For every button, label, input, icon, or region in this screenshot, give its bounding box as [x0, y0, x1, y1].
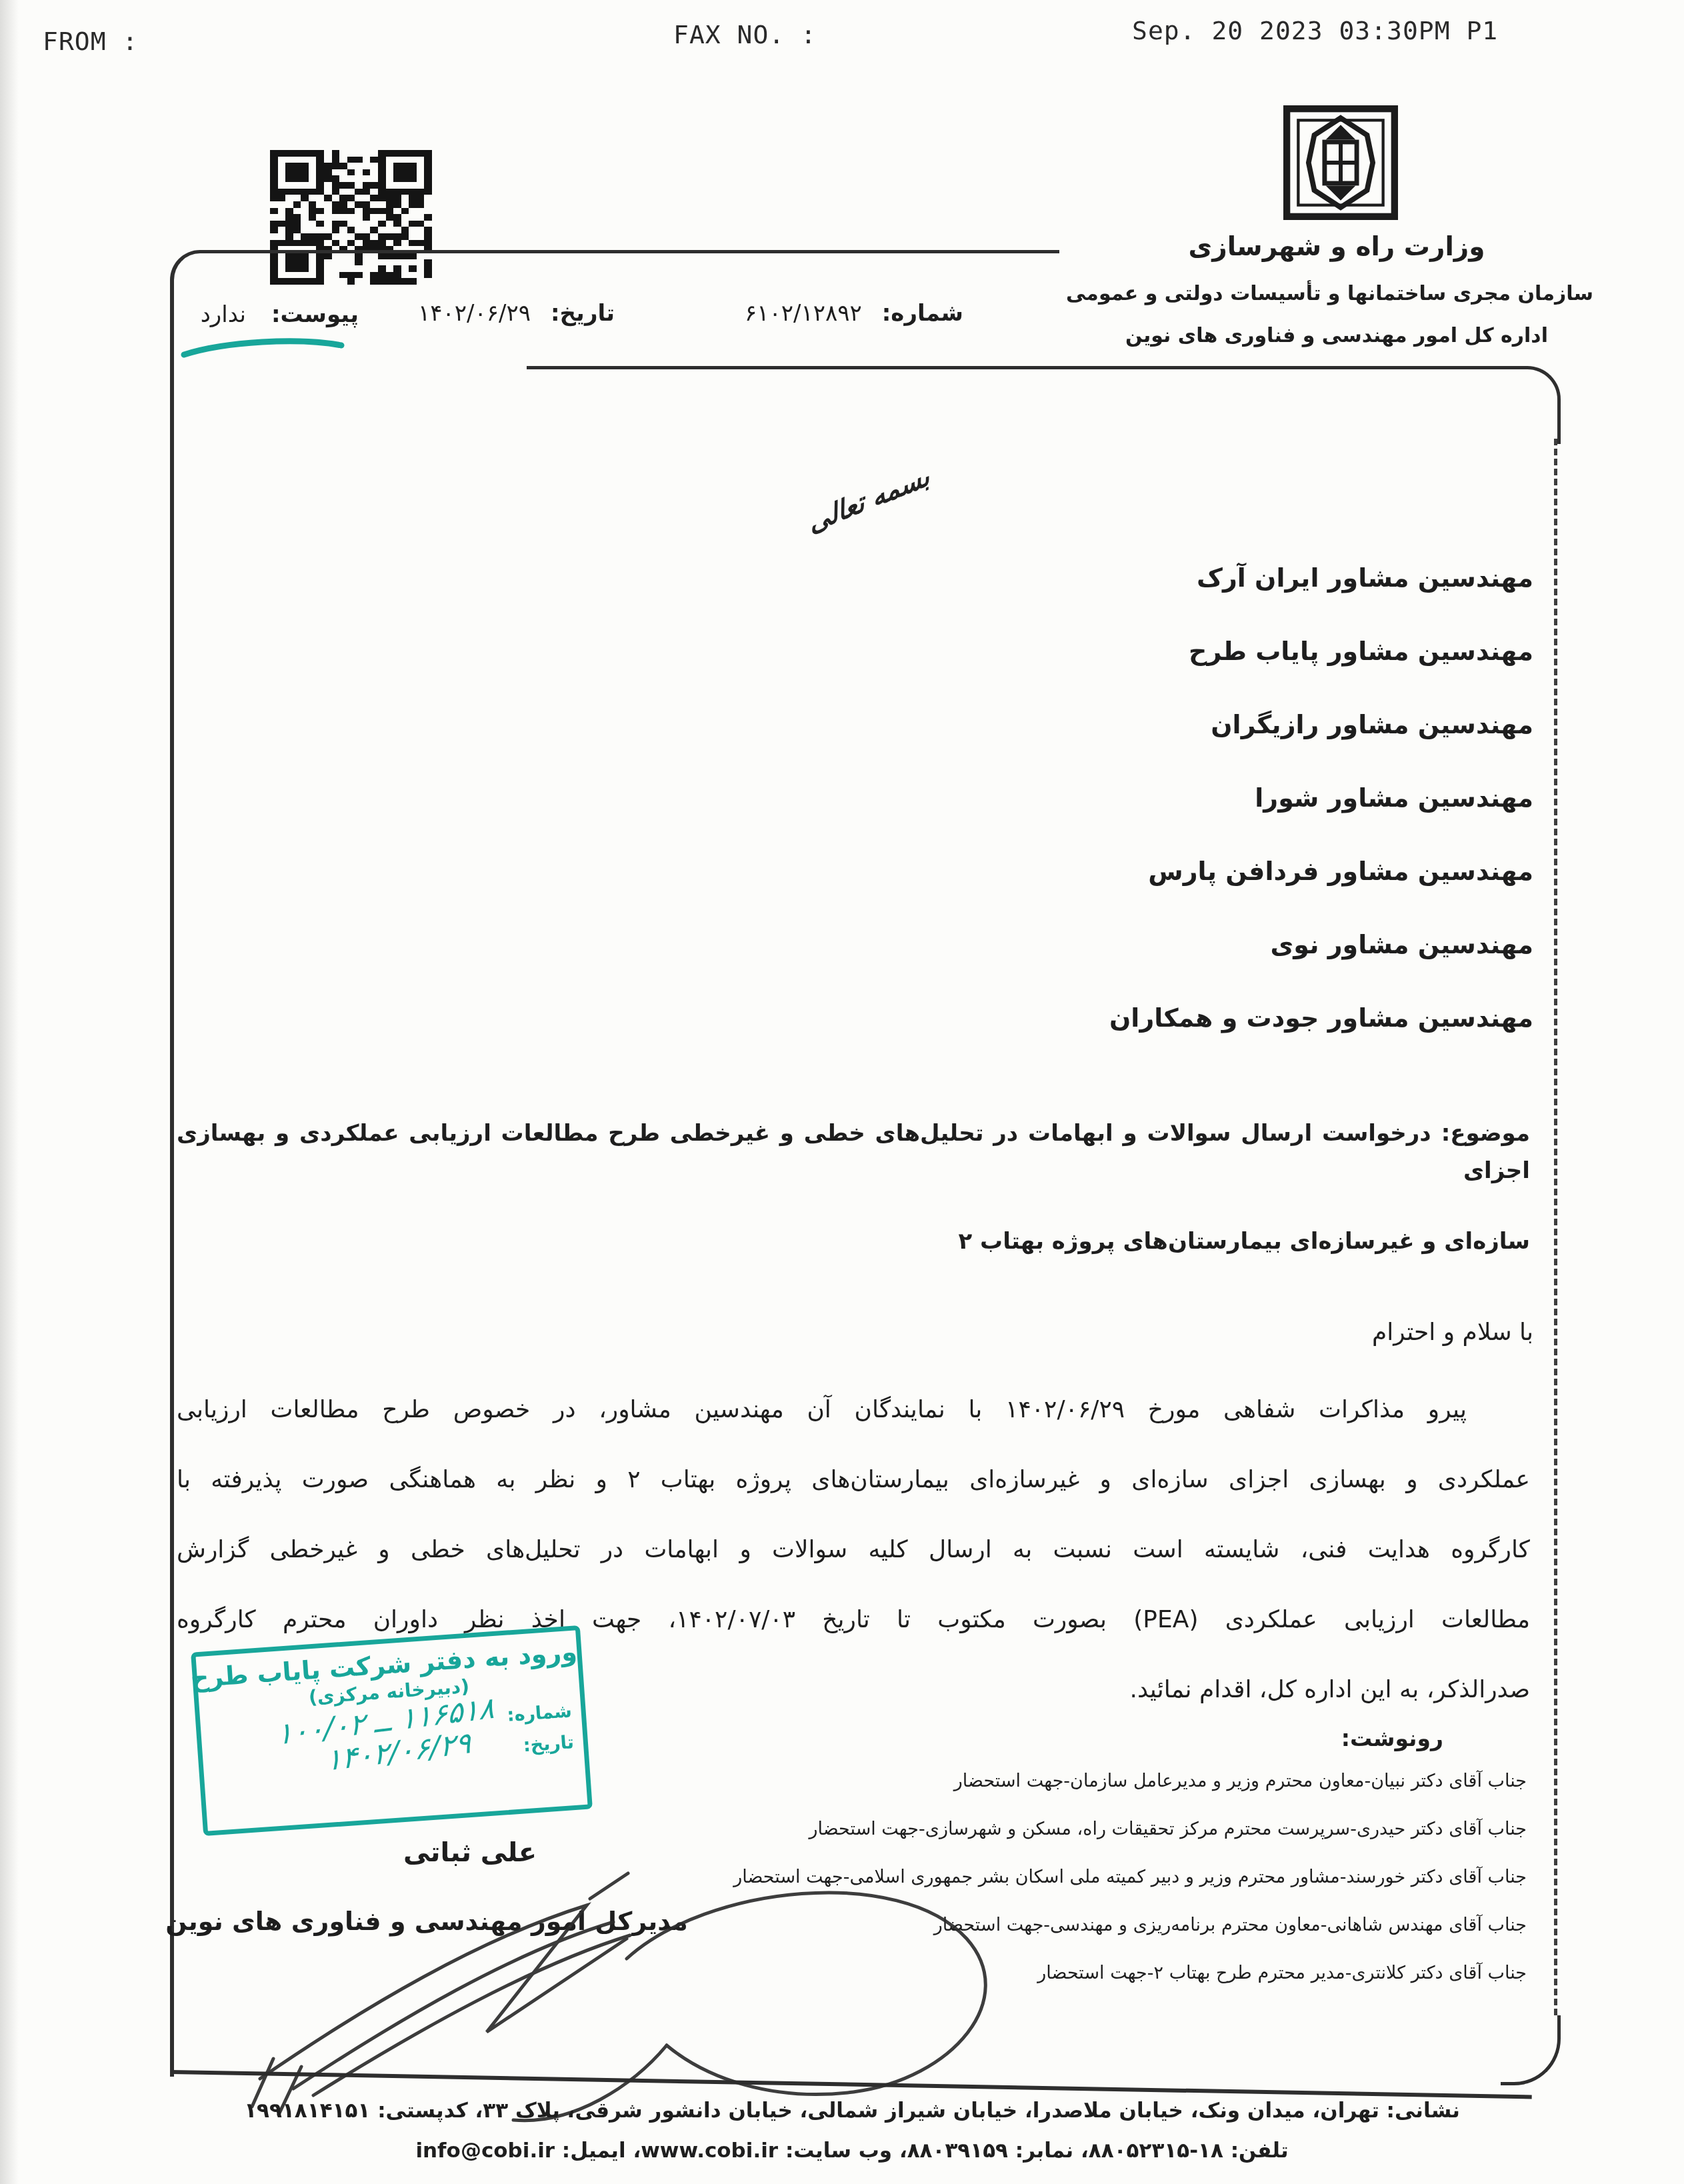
frame-right-border: [1554, 439, 1557, 2015]
ref-date: تاریخ: ۱۴۰۲/۰۶/۲۹: [395, 300, 615, 327]
recipient-line: مهندسین مشاور ایران آرک: [1109, 541, 1533, 615]
frame-bottom-right-corner: [1501, 2015, 1561, 2085]
footer-contact: تلفن: ۱۸-۸۸۰۵۲۳۱۵، نمابر: ۸۸۰۳۹۱۵۹، وب س…: [189, 2139, 1515, 2163]
stamp-number-label: شماره:: [506, 1691, 573, 1726]
cc-label: رونوشت:: [1341, 1725, 1443, 1751]
subject-line-2: سازه‌ای و غیرسازه‌ای بیمارستان‌های پروژه…: [177, 1228, 1530, 1255]
body-line: پیرو مذاکرات شفاهی مورخ ۱۴۰۲/۰۶/۲۹ با نم…: [177, 1375, 1530, 1445]
ref-attachment-value: ندارد: [201, 301, 246, 328]
recipient-line: مهندسین مشاور رازیگران: [1109, 688, 1533, 761]
cc-line: جناب آقای دکتر نبیان-معاون محترم وزیر و …: [733, 1757, 1527, 1805]
fax-document-page: FROM : FAX NO. : Sep. 20 2023 03:30PM P1…: [0, 0, 1684, 2184]
ministry-logo-icon: [1283, 105, 1398, 220]
cc-line: جناب آقای دکتر حیدری-سرپرست محترم مرکز ت…: [733, 1805, 1527, 1853]
letterhead: وزارت راه و شهرسازی سازمان مجری ساختمانه…: [1080, 232, 1593, 347]
ref-number: شماره: ۶۱۰۲/۱۲۸۹۲: [600, 300, 963, 327]
recipient-line: مهندسین مشاور شورا: [1109, 761, 1533, 835]
fax-from-label: FROM :: [43, 27, 138, 56]
body-line: عملکردی و بهسازی اجزای سازه‌ای و غیرسازه…: [177, 1445, 1530, 1515]
letterhead-ministry: وزارت راه و شهرسازی: [1080, 232, 1593, 262]
fax-timestamp: Sep. 20 2023 03:30PM P1: [1132, 16, 1498, 45]
recipient-line: مهندسین مشاور پایاب طرح: [1109, 615, 1533, 688]
ref-number-label: شماره:: [882, 300, 963, 327]
letterhead-organization: سازمان مجری ساختمانها و تأسیسات دولتی و …: [1080, 282, 1593, 305]
ref-date-value: ۱۴۰۲/۰۶/۲۹: [418, 300, 531, 327]
letterhead-department: اداره کل امور مهندسی و فناوری های نوین: [1080, 324, 1593, 347]
recipient-line: مهندسین مشاور جودت و همکاران: [1109, 981, 1533, 1055]
fax-number-label: FAX NO. :: [673, 20, 817, 49]
body-line: کارگروه هدایت فنی، شایسته است نسبت به ار…: [177, 1515, 1530, 1585]
recipient-line: مهندسین مشاور فردافن پارس: [1109, 835, 1533, 908]
recipient-list: مهندسین مشاور ایران آرک مهندسین مشاور پا…: [1109, 541, 1533, 1055]
ref-date-label: تاریخ:: [551, 300, 615, 327]
subject-line-1: موضوع: درخواست ارسال سوالات و ابهامات در…: [177, 1115, 1530, 1189]
ref-attachment-label: پیوست:: [271, 301, 359, 328]
letterhead-underline: [527, 366, 1561, 444]
ref-attachment: پیوست: ندارد: [185, 301, 359, 328]
footer-address: نشانی: تهران، میدان ونک، خیابان ملاصدرا،…: [189, 2099, 1515, 2123]
subject-block: موضوع: درخواست ارسال سوالات و ابهامات در…: [177, 1115, 1530, 1255]
salutation: با سلام و احترام: [1372, 1319, 1533, 1346]
recipient-line: مهندسین مشاور نوی: [1109, 908, 1533, 981]
teal-underline-mark: [179, 328, 349, 365]
ref-number-value: ۶۱۰۲/۱۲۸۹۲: [745, 300, 862, 327]
entry-stamp: ورود به دفتر شرکت پایاب طرح (دبیرخانه مر…: [191, 1625, 593, 1836]
stamp-date-label: تاریخ:: [522, 1723, 575, 1756]
